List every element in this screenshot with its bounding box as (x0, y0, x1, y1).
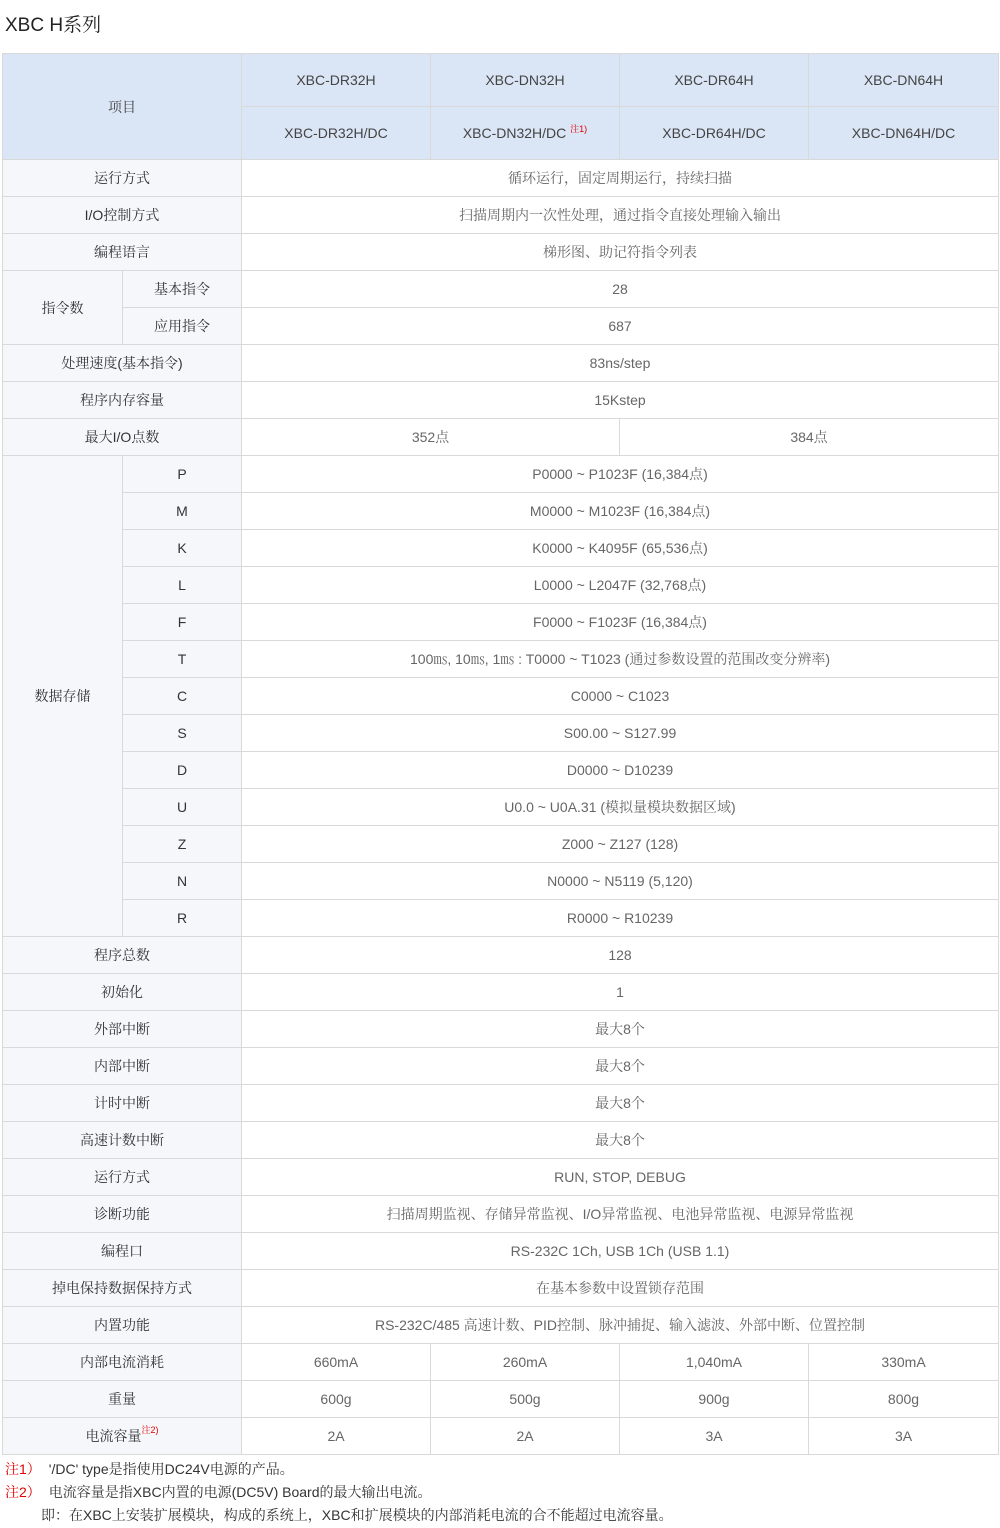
device-label: S (123, 715, 242, 752)
table-row: 重量 600g 500g 900g 800g (3, 1381, 999, 1418)
device-label: R (123, 900, 242, 937)
row-value: 2A (431, 1418, 620, 1455)
table-row: F F0000 ~ F1023F (16,384点) (3, 604, 999, 641)
device-range: M0000 ~ M1023F (16,384点) (242, 493, 999, 530)
spec-table: 项目 XBC-DR32H XBC-DN32H XBC-DR64H XBC-DN6… (2, 53, 999, 1455)
device-range: S00.00 ~ S127.99 (242, 715, 999, 752)
row-value: 1 (242, 974, 999, 1011)
table-row: 外部中断 最大8个 (3, 1011, 999, 1048)
device-range: U0.0 ~ U0A.31 (模拟量模块数据区域) (242, 789, 999, 826)
header-model: XBC-DR64H (620, 54, 809, 107)
device-label: D (123, 752, 242, 789)
note2-marker: 注2) (141, 1425, 158, 1435)
footnote-tag: 注1） (5, 1461, 41, 1477)
row-value: 83ns/step (242, 345, 999, 382)
table-row: M M0000 ~ M1023F (16,384点) (3, 493, 999, 530)
row-value: 15Kstep (242, 382, 999, 419)
table-row: 初始化 1 (3, 974, 999, 1011)
row-label: 内置功能 (3, 1307, 242, 1344)
table-row: 电流容量注2) 2A 2A 3A 3A (3, 1418, 999, 1455)
row-value: 660mA (242, 1344, 431, 1381)
row-value: 2A (242, 1418, 431, 1455)
row-value: 扫描周期内一次性处理，通过指令直接处理输入输出 (242, 197, 999, 234)
device-range: C0000 ~ C1023 (242, 678, 999, 715)
row-value: 梯形图、助记符指令列表 (242, 234, 999, 271)
table-row: 指令数 基本指令 28 (3, 271, 999, 308)
device-range: K0000 ~ K4095F (65,536点) (242, 530, 999, 567)
table-row: 程序总数 128 (3, 937, 999, 974)
device-label: T (123, 641, 242, 678)
device-range: 100㎳, 10㎳, 1㎳ : T0000 ~ T1023 (通过参数设置的范围… (242, 641, 999, 678)
row-value: 扫描周期监视、存储异常监视、I/O异常监视、电池异常监视、电源异常监视 (242, 1196, 999, 1233)
row-value: RUN, STOP, DEBUG (242, 1159, 999, 1196)
row-label: 外部中断 (3, 1011, 242, 1048)
row-value: 最大8个 (242, 1011, 999, 1048)
table-row: 程序内存容量 15Kstep (3, 382, 999, 419)
row-value: 28 (242, 271, 999, 308)
device-label: M (123, 493, 242, 530)
row-label: 初始化 (3, 974, 242, 1011)
header-item: 项目 (3, 54, 242, 160)
footnote-tag: 注2） (5, 1484, 41, 1500)
table-row: K K0000 ~ K4095F (65,536点) (3, 530, 999, 567)
table-row: Z Z000 ~ Z127 (128) (3, 826, 999, 863)
device-range: N0000 ~ N5119 (5,120) (242, 863, 999, 900)
table-row: 内置功能 RS-232C/485 高速计数、PID控制、脉冲捕捉、输入滤波、外部… (3, 1307, 999, 1344)
table-row: 最大I/O点数 352点 384点 (3, 419, 999, 456)
table-row: 运行方式 RUN, STOP, DEBUG (3, 1159, 999, 1196)
table-row: 高速计数中断 最大8个 (3, 1122, 999, 1159)
header-model-dc: XBC-DR32H/DC (242, 107, 431, 160)
table-row: I/O控制方式 扫描周期内一次性处理，通过指令直接处理输入输出 (3, 197, 999, 234)
row-label: 运行方式 (3, 1159, 242, 1196)
row-label: I/O控制方式 (3, 197, 242, 234)
row-value: 600g (242, 1381, 431, 1418)
footnote-text: '/DC' type是指使用DC24V电源的产品。 (49, 1461, 294, 1477)
device-label: L (123, 567, 242, 604)
table-row: C C0000 ~ C1023 (3, 678, 999, 715)
row-label: 内部电流消耗 (3, 1344, 242, 1381)
row-value: 最大8个 (242, 1048, 999, 1085)
header-model: XBC-DN32H (431, 54, 620, 107)
row-label: 电流容量注2) (3, 1418, 242, 1455)
row-label: 编程口 (3, 1233, 242, 1270)
table-row: 应用指令 687 (3, 308, 999, 345)
row-value: 128 (242, 937, 999, 974)
row-value: 1,040mA (620, 1344, 809, 1381)
device-range: Z000 ~ Z127 (128) (242, 826, 999, 863)
table-row: R R0000 ~ R10239 (3, 900, 999, 937)
table-row: N N0000 ~ N5119 (5,120) (3, 863, 999, 900)
header-model: XBC-DN64H (809, 54, 999, 107)
row-value: RS-232C/485 高速计数、PID控制、脉冲捕捉、输入滤波、外部中断、位置… (242, 1307, 999, 1344)
row-value: 3A (620, 1418, 809, 1455)
note1-marker: 注1) (570, 124, 587, 134)
row-sublabel: 基本指令 (123, 271, 242, 308)
footnote-2-continued: 即：在XBC上安装扩展模块，构成的系统上，XBC和扩展模块的内部消耗电流的合不能… (5, 1504, 1000, 1527)
table-row: 编程语言 梯形图、助记符指令列表 (3, 234, 999, 271)
device-label: U (123, 789, 242, 826)
table-row: D D0000 ~ D10239 (3, 752, 999, 789)
row-label: 掉电保持数据保持方式 (3, 1270, 242, 1307)
header-model-dc: XBC-DN32H/DC 注1) (431, 107, 620, 160)
header-model: XBC-DR32H (242, 54, 431, 107)
row-value: 687 (242, 308, 999, 345)
row-label: 程序总数 (3, 937, 242, 974)
table-row: U U0.0 ~ U0A.31 (模拟量模块数据区域) (3, 789, 999, 826)
table-row: 诊断功能 扫描周期监视、存储异常监视、I/O异常监视、电池异常监视、电源异常监视 (3, 1196, 999, 1233)
footnote-1: 注1）'/DC' type是指使用DC24V电源的产品。 (5, 1458, 1000, 1481)
row-value: 900g (620, 1381, 809, 1418)
footnotes: 注1）'/DC' type是指使用DC24V电源的产品。 注2）电流容量是指XB… (0, 1455, 1000, 1527)
device-range: D0000 ~ D10239 (242, 752, 999, 789)
row-label: 程序内存容量 (3, 382, 242, 419)
table-row: 处理速度(基本指令) 83ns/step (3, 345, 999, 382)
row-label: 计时中断 (3, 1085, 242, 1122)
table-row: T 100㎳, 10㎳, 1㎳ : T0000 ~ T1023 (通过参数设置的… (3, 641, 999, 678)
row-value: 384点 (620, 419, 999, 456)
table-row: S S00.00 ~ S127.99 (3, 715, 999, 752)
row-label: 重量 (3, 1381, 242, 1418)
footnote-text: 电流容量是指XBC内置的电源(DC5V) Board的最大输出电流。 (49, 1484, 432, 1500)
row-label: 运行方式 (3, 160, 242, 197)
row-label: 内部中断 (3, 1048, 242, 1085)
device-label: P (123, 456, 242, 493)
row-value: 在基本参数中设置锁存范围 (242, 1270, 999, 1307)
row-group-label: 指令数 (3, 271, 123, 345)
header-row-1: 项目 XBC-DR32H XBC-DN32H XBC-DR64H XBC-DN6… (3, 54, 999, 107)
row-value: 500g (431, 1381, 620, 1418)
device-range: P0000 ~ P1023F (16,384点) (242, 456, 999, 493)
row-label: 最大I/O点数 (3, 419, 242, 456)
row-sublabel: 应用指令 (123, 308, 242, 345)
device-range: L0000 ~ L2047F (32,768点) (242, 567, 999, 604)
device-range: R0000 ~ R10239 (242, 900, 999, 937)
table-row: 内部中断 最大8个 (3, 1048, 999, 1085)
table-row: 计时中断 最大8个 (3, 1085, 999, 1122)
header-model-dc: XBC-DN64H/DC (809, 107, 999, 160)
row-value: 260mA (431, 1344, 620, 1381)
device-label: F (123, 604, 242, 641)
device-label: Z (123, 826, 242, 863)
row-label: 编程语言 (3, 234, 242, 271)
table-row: 运行方式 循环运行，固定周期运行，持续扫描 (3, 160, 999, 197)
page-title: XBC H系列 (0, 0, 1000, 40)
row-value: 352点 (242, 419, 620, 456)
row-value: 循环运行，固定周期运行，持续扫描 (242, 160, 999, 197)
device-range: F0000 ~ F1023F (16,384点) (242, 604, 999, 641)
row-value: 最大8个 (242, 1085, 999, 1122)
row-label: 处理速度(基本指令) (3, 345, 242, 382)
device-label: N (123, 863, 242, 900)
footnote-2: 注2）电流容量是指XBC内置的电源(DC5V) Board的最大输出电流。 (5, 1481, 1000, 1504)
table-row: 数据存储 P P0000 ~ P1023F (16,384点) (3, 456, 999, 493)
row-value: RS-232C 1Ch, USB 1Ch (USB 1.1) (242, 1233, 999, 1270)
row-label: 诊断功能 (3, 1196, 242, 1233)
row-value: 800g (809, 1381, 999, 1418)
row-label: 高速计数中断 (3, 1122, 242, 1159)
row-group-label: 数据存储 (3, 456, 123, 937)
row-value: 330mA (809, 1344, 999, 1381)
row-value: 最大8个 (242, 1122, 999, 1159)
device-label: C (123, 678, 242, 715)
row-value: 3A (809, 1418, 999, 1455)
table-row: 编程口 RS-232C 1Ch, USB 1Ch (USB 1.1) (3, 1233, 999, 1270)
header-model-dc: XBC-DR64H/DC (620, 107, 809, 160)
device-label: K (123, 530, 242, 567)
table-row: L L0000 ~ L2047F (32,768点) (3, 567, 999, 604)
table-row: 掉电保持数据保持方式 在基本参数中设置锁存范围 (3, 1270, 999, 1307)
table-row: 内部电流消耗 660mA 260mA 1,040mA 330mA (3, 1344, 999, 1381)
